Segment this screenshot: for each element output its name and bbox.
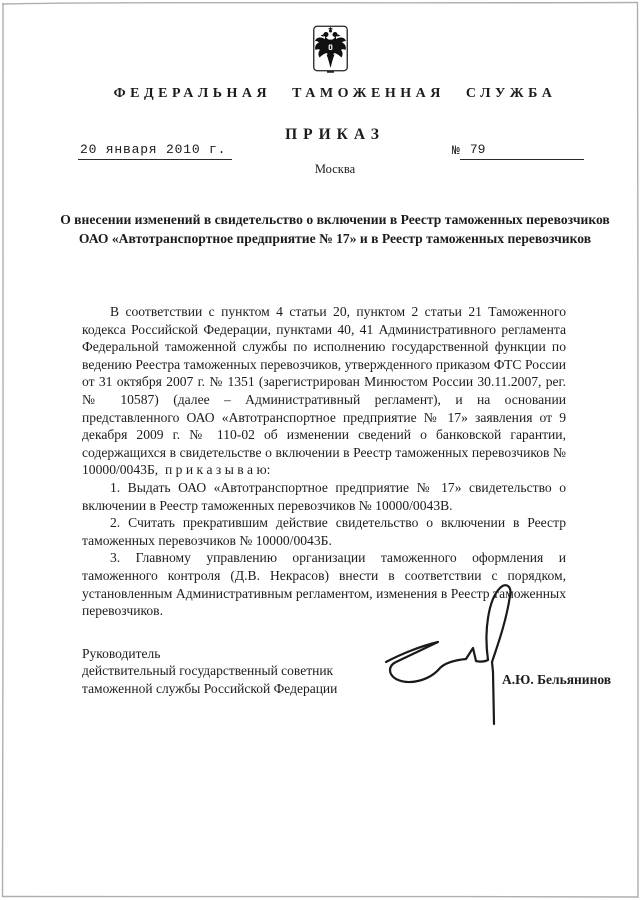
- signatory-position: Руководитель действительный государствен…: [82, 645, 337, 697]
- org-name: ФЕДЕРАЛЬНАЯ ТАМОЖЕННАЯ СЛУЖБА: [35, 86, 635, 102]
- coat-of-arms-icon: [313, 25, 348, 74]
- number-value: 79: [460, 142, 584, 160]
- paragraph-item-2: 2. Считать прекратившим действие свидете…: [82, 514, 566, 549]
- date-value: 20 января 2010 г.: [78, 142, 232, 160]
- numero-sign: №: [452, 143, 460, 160]
- document-page: ФЕДЕРАЛЬНАЯ ТАМОЖЕННАЯ СЛУЖБА ПРИКАЗ 20 …: [0, 0, 640, 900]
- document-title: О внесении изменений в свидетельство о в…: [55, 211, 615, 248]
- signature-handwriting: [376, 582, 518, 730]
- signatory-name: А.Ю. Бельянинов: [502, 672, 611, 688]
- document-body: В соответствии с пунктом 4 статьи 20, пу…: [82, 303, 566, 620]
- signatory-position-line: действительный государственный советник: [82, 662, 337, 679]
- signatory-position-line: таможенной службы Российской Федерации: [82, 680, 337, 697]
- signatory-position-line: Руководитель: [82, 645, 337, 662]
- city-label: Москва: [35, 162, 635, 177]
- paragraph-item-1: 1. Выдать ОАО «Автотранспортное предприя…: [82, 479, 566, 514]
- date-field: 20 января 2010 г.: [78, 142, 232, 160]
- number-field: № 79: [452, 142, 584, 160]
- paragraph-preamble: В соответствии с пунктом 4 статьи 20, пу…: [82, 303, 566, 479]
